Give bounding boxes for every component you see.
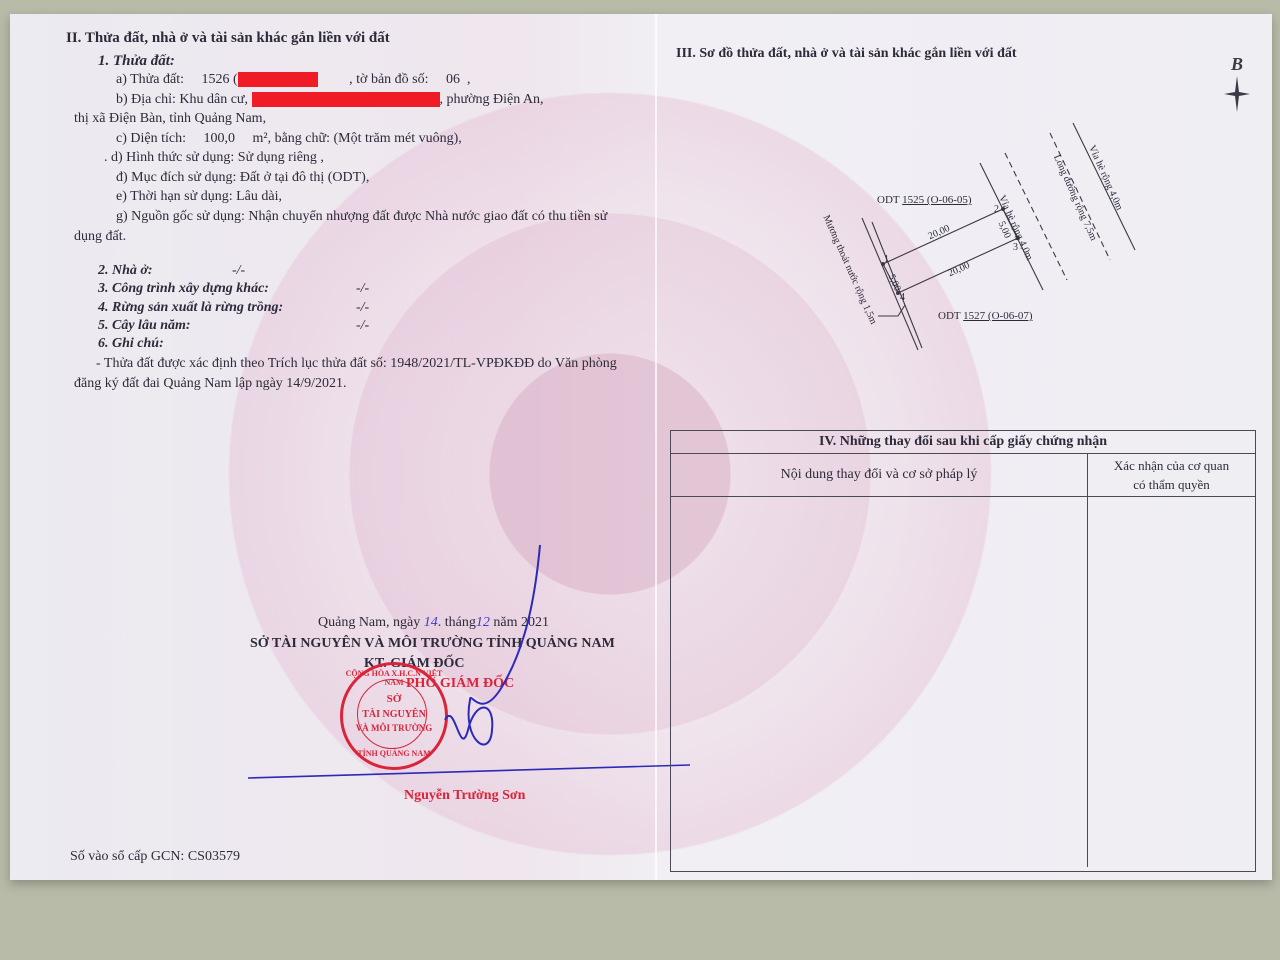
changes-table-title: IV. Những thay đổi sau khi cấp giấy chứn… bbox=[671, 431, 1255, 454]
column-authority-confirmation: Xác nhận của cơ quan có thẩm quyền bbox=[1088, 454, 1255, 496]
bottom-neighbor: ODT 1527 (O-06-07) bbox=[938, 308, 1033, 324]
column-authority-line-2: có thẩm quyền bbox=[1088, 475, 1255, 494]
changes-table: IV. Những thay đổi sau khi cấp giấy chứn… bbox=[670, 430, 1256, 872]
point-1: 1 bbox=[884, 252, 889, 268]
top-neighbor: ODT 1525 (O-06-05) bbox=[877, 192, 972, 208]
point-4: 4 bbox=[900, 290, 905, 306]
bottom-neighbor-use: ODT bbox=[938, 310, 960, 322]
changes-table-body bbox=[671, 497, 1255, 867]
column-change-content: Nội dung thay đổi và cơ sở pháp lý bbox=[671, 454, 1088, 496]
changes-table-header: Nội dung thay đổi và cơ sở pháp lý Xác n… bbox=[671, 454, 1255, 497]
bottom-neighbor-id: 1527 (O-06-07) bbox=[963, 310, 1032, 322]
top-neighbor-use: ODT bbox=[877, 194, 899, 206]
top-neighbor-id: 1525 (O-06-05) bbox=[902, 194, 971, 206]
column-authority-line-1: Xác nhận của cơ quan bbox=[1088, 456, 1255, 475]
change-content-cell bbox=[671, 497, 1088, 867]
